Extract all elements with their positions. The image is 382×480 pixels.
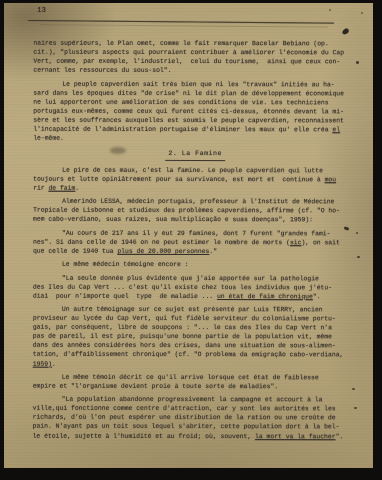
- text-run: rir: [33, 185, 48, 192]
- text-run: Tropicale de Lisbonne et studieux des pr…: [33, 207, 340, 215]
- text-line: tation, d'affaiblissement chronique" (cf…: [33, 350, 357, 360]
- text-line: "La seule donnée plus évidente que j'aie…: [33, 273, 357, 283]
- section-heading-text: 2. La Famine: [165, 149, 225, 161]
- text-run: le étoile, sujette à l'humidité et au fr…: [33, 432, 255, 439]
- paragraph: "Au cours de 217 ans il y eut 29 famines…: [33, 228, 357, 256]
- text-run: "Au cours de 217 ans il y eut 29 famines…: [62, 229, 330, 237]
- text-line: cernant les ressources du sous-sol".: [33, 66, 357, 76]
- text-run: Vert, comme, par exemple, l'industriel, …: [33, 58, 340, 66]
- text-line: empire et "l'organisme devient proie à t…: [33, 382, 357, 392]
- paragraph: Le pire de ces maux, c'est la famine. Le…: [33, 165, 357, 193]
- text-line: "Au cours de 217 ans il y eut 29 famines…: [33, 228, 357, 238]
- text-line: que celle de 1940 tua plus de 20.000 per…: [33, 247, 357, 257]
- text-run: .": [209, 248, 217, 255]
- underlined-text: mou: [325, 176, 337, 183]
- page-number: 13: [37, 7, 46, 15]
- margin-mark: [354, 407, 357, 409]
- text-line: le étoile, sujette à l'humidité et au fr…: [33, 431, 357, 441]
- text-line: mem cabo-verdiano, suas raizes, sua mult…: [33, 215, 357, 225]
- text-run: mem cabo-verdiano, suas raizes, sua mult…: [33, 216, 313, 224]
- margin-mark: [356, 232, 358, 234]
- text-run: proviseur au lycée du Cap Vert, qui fut …: [33, 315, 336, 323]
- document-page: 13 naires supérieurs, le Plan omet, comm…: [4, 3, 373, 468]
- text-run: Le même médecin témoigne encore :: [62, 261, 189, 268]
- text-line: ne lui apporteront une amélioration de s…: [33, 97, 357, 107]
- paragraph: Le peuple capverdien sait très bien que …: [33, 79, 357, 143]
- text-run: sère et les souffrances auxquelles est s…: [33, 117, 344, 125]
- text-run: tation, d'affaiblissement chronique" (cf…: [33, 351, 344, 359]
- underlined-text: sic: [290, 239, 302, 246]
- text-line: diai pour n'importe quel type de maladie…: [33, 291, 357, 301]
- text-run: Le pire de ces maux, c'est la famine. Le…: [62, 167, 323, 175]
- document-text: naires supérieurs, le Plan omet, comme l…: [33, 39, 358, 446]
- text-run: ".: [336, 433, 344, 440]
- ink-speck: [329, 9, 331, 11]
- underlined-text: la mort va la faucher: [255, 433, 336, 440]
- text-run: ville,qui fonctionne comme centre d'attr…: [33, 405, 336, 413]
- paragraph: Almerindo LESSA, médecin portugais, prof…: [33, 197, 357, 225]
- margin-mark: [357, 256, 360, 258]
- text-line: toujours et lutte opiniâtrement pour sa …: [33, 175, 357, 185]
- text-run: empire et "l'organisme devient proie à t…: [33, 383, 278, 391]
- paragraph: Le même médecin témoigne encore :: [33, 260, 357, 270]
- section-heading: 2. La Famine: [33, 149, 357, 161]
- text-run: pas de pareil, il est pire, puisqu'une b…: [33, 333, 332, 341]
- underlined-text: plus de 20.000 personnes: [117, 248, 209, 255]
- paragraph: naires supérieurs, le Plan omet, comme l…: [33, 39, 357, 76]
- text-run: "La population abandonne progressivement…: [62, 396, 323, 404]
- margin-mark: [352, 388, 355, 390]
- text-run: dans des années considérées hors des cri…: [33, 342, 336, 350]
- text-line: l'incapacité de l'administration portuga…: [33, 125, 357, 135]
- text-run: "La seule donnée plus évidente que j'aie…: [62, 274, 319, 282]
- paragraph: Le même témoin décrit ce qu'il arrive lo…: [33, 372, 357, 391]
- ink-smudge: [110, 147, 126, 154]
- text-run: gais, par conséquent, libre de soupçons …: [33, 324, 332, 332]
- text-run: .: [52, 360, 56, 367]
- text-run: que celle de 1940 tua: [33, 248, 117, 255]
- text-run: des Iles du Cap Vert ... c'est qu'il exi…: [33, 283, 332, 291]
- text-run: ".: [313, 293, 321, 300]
- text-run: richards, d'où l'on peut espérer une dis…: [33, 414, 336, 422]
- text-run: naires supérieurs, le Plan omet, comme l…: [33, 40, 328, 48]
- underlined-text: el: [332, 126, 340, 133]
- text-line: Le peuple capverdien sait très bien que …: [33, 79, 357, 89]
- underlined-text: de faim: [48, 185, 75, 192]
- text-line: sard dans les époques dites "de crise" n…: [33, 88, 357, 98]
- text-run: cernant les ressources du sous-sol".: [33, 67, 171, 74]
- paragraph: Un autre témoignage sur ce sujet est pré…: [33, 305, 357, 369]
- text-run: Almerindo LESSA, médecin portugais, prof…: [62, 198, 334, 206]
- paragraph: "La population abandonne progressivement…: [33, 395, 357, 441]
- underlined-text: 1959): [33, 360, 52, 367]
- text-run: ), on sait: [301, 239, 339, 246]
- text-line: Le même médecin témoigne encore :: [33, 260, 357, 270]
- header-rule: [28, 20, 334, 24]
- text-run: sard dans les époques dites "de crise" n…: [33, 89, 344, 97]
- text-run: nes". Si dans celle de 1946 on ne peut e…: [33, 239, 290, 247]
- text-run: ne lui apporteront une amélioration de s…: [33, 98, 328, 106]
- text-line: des Iles du Cap Vert ... c'est qu'il exi…: [33, 282, 357, 292]
- ink-speck: [361, 12, 363, 14]
- text-run: Un autre témoignage sur ce sujet est pré…: [62, 306, 323, 314]
- ink-speck: [356, 61, 359, 64]
- text-line: le-même.: [33, 134, 357, 144]
- scanned-document: { "colors": { "paper": "#b7a67c", "ink":…: [0, 0, 382, 480]
- text-run: l'incapacité de l'administration portuga…: [33, 126, 332, 134]
- text-run: pain. N'ayant pas un toit sous lequel s'…: [33, 423, 340, 431]
- text-run: cit.), "plusieurs aspects qui pourraient…: [33, 49, 344, 57]
- paragraph: "La seule donnée plus évidente que j'aie…: [33, 273, 357, 301]
- text-run: Le même témoin décrit ce qu'il arrive lo…: [62, 374, 319, 382]
- text-run: portugais eux-mêmes, comme ceux qui fure…: [33, 108, 344, 116]
- text-line: rir de faim.: [33, 184, 357, 194]
- text-run: le-même.: [33, 135, 64, 142]
- text-run: toujours et lutte opiniâtrement pour sa …: [33, 176, 324, 184]
- text-line: pain. N'ayant pas un toit sous lequel s'…: [33, 422, 357, 432]
- text-line: 1959).: [33, 359, 357, 369]
- underlined-text: un état de faim chronique: [217, 293, 313, 300]
- text-run: diai pour n'importe quel type de maladie…: [33, 292, 217, 299]
- text-run: Le peuple capverdien sait très bien que …: [62, 80, 334, 88]
- text-run: .: [75, 185, 79, 192]
